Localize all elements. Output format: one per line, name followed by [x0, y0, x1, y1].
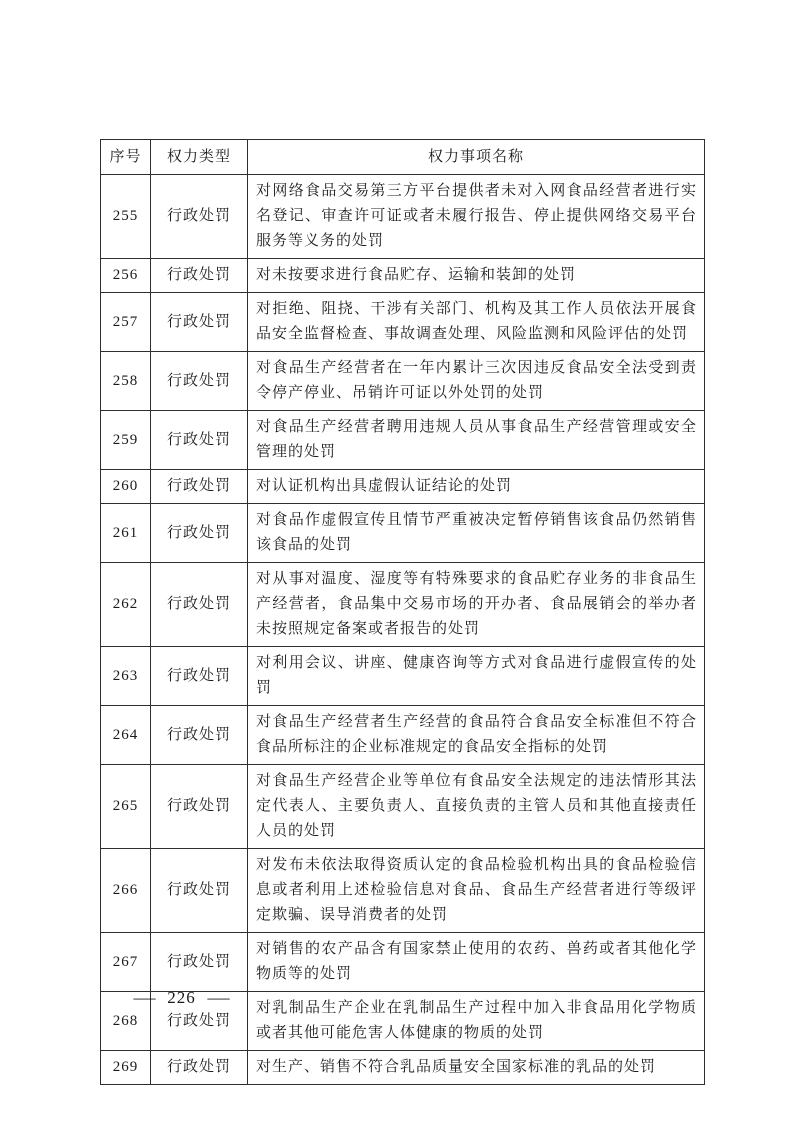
table-row: 260行政处罚对认证机构出具虚假认证结论的处罚: [101, 470, 705, 504]
table-row: 259行政处罚对食品生产经营者聘用违规人员从事食品生产经营管理或安全管理的处罚: [101, 411, 705, 470]
power-type-cell: 行政处罚: [151, 259, 248, 293]
power-type-cell: 行政处罚: [151, 470, 248, 504]
row-serial-number-cell: 259: [101, 411, 151, 470]
table-row: 266行政处罚对发布未依法取得资质认定的食品检验机构出具的食品检验信息或者利用上…: [101, 849, 705, 933]
power-type-cell: 行政处罚: [151, 1051, 248, 1085]
row-serial-number-cell: 257: [101, 293, 151, 352]
power-item-name-cell: 对食品生产经营者聘用违规人员从事食品生产经营管理或安全管理的处罚: [248, 411, 705, 470]
table-body: 255行政处罚对网络食品交易第三方平台提供者未对入网食品经营者进行实名登记、审查…: [101, 175, 705, 1085]
power-type-cell: 行政处罚: [151, 647, 248, 706]
row-serial-number-cell: 255: [101, 175, 151, 259]
table-header-row: 序号 权力类型 权力事项名称: [101, 140, 705, 175]
power-type-cell: 行政处罚: [151, 293, 248, 352]
power-type-cell: 行政处罚: [151, 933, 248, 992]
power-type-cell: 行政处罚: [151, 706, 248, 765]
power-item-name-cell: 对乳制品生产企业在乳制品生产过程中加入非食品用化学物质或者其他可能危害人体健康的…: [248, 992, 705, 1051]
power-item-name-cell: 对食品生产经营者在一年内累计三次因违反食品安全法受到责令停产停业、吊销许可证以外…: [248, 352, 705, 411]
table-row: 255行政处罚对网络食品交易第三方平台提供者未对入网食品经营者进行实名登记、审查…: [101, 175, 705, 259]
power-item-name-cell: 对生产、销售不符合乳品质量安全国家标准的乳品的处罚: [248, 1051, 705, 1085]
power-item-name-cell: 对网络食品交易第三方平台提供者未对入网食品经营者进行实名登记、审查许可证或者未履…: [248, 175, 705, 259]
table-row: 269行政处罚对生产、销售不符合乳品质量安全国家标准的乳品的处罚: [101, 1051, 705, 1085]
table-row: 261行政处罚对食品作虚假宣传且情节严重被决定暂停销售该食品仍然销售该食品的处罚: [101, 504, 705, 563]
table-row: 256行政处罚对未按要求进行食品贮存、运输和装卸的处罚: [101, 259, 705, 293]
table-row: 265行政处罚对食品生产经营企业等单位有食品安全法规定的违法情形其法定代表人、主…: [101, 765, 705, 849]
power-item-name-cell: 对销售的农产品含有国家禁止使用的农药、兽药或者其他化学物质等的处罚: [248, 933, 705, 992]
table-row: 264行政处罚对食品生产经营者生产经营的食品符合食品安全标准但不符合食品所标注的…: [101, 706, 705, 765]
table-row: 267行政处罚对销售的农产品含有国家禁止使用的农药、兽药或者其他化学物质等的处罚: [101, 933, 705, 992]
power-item-name-cell: 对食品作虚假宣传且情节严重被决定暂停销售该食品仍然销售该食品的处罚: [248, 504, 705, 563]
col-header-serial-number: 序号: [101, 140, 151, 175]
power-item-name-cell: 对拒绝、阻挠、干涉有关部门、机构及其工作人员依法开展食品安全监督检查、事故调查处…: [248, 293, 705, 352]
power-item-name-cell: 对从事对温度、湿度等有特殊要求的食品贮存业务的非食品生产经营者，食品集中交易市场…: [248, 563, 705, 647]
col-header-power-item-name: 权力事项名称: [248, 140, 705, 175]
row-serial-number-cell: 262: [101, 563, 151, 647]
power-type-cell: 行政处罚: [151, 765, 248, 849]
row-serial-number-cell: 264: [101, 706, 151, 765]
power-type-cell: 行政处罚: [151, 563, 248, 647]
row-serial-number-cell: 269: [101, 1051, 151, 1085]
page-footer: — 226 —: [126, 988, 237, 1008]
power-type-cell: 行政处罚: [151, 411, 248, 470]
row-serial-number-cell: 266: [101, 849, 151, 933]
footer-dash-left: —: [133, 988, 155, 1008]
row-serial-number-cell: 267: [101, 933, 151, 992]
row-serial-number-cell: 256: [101, 259, 151, 293]
footer-dash-right: —: [207, 988, 229, 1008]
table-row: 257行政处罚对拒绝、阻挠、干涉有关部门、机构及其工作人员依法开展食品安全监督检…: [101, 293, 705, 352]
row-serial-number-cell: 258: [101, 352, 151, 411]
col-header-power-type: 权力类型: [151, 140, 248, 175]
power-type-cell: 行政处罚: [151, 175, 248, 259]
power-item-name-cell: 对利用会议、讲座、健康咨询等方式对食品进行虚假宣传的处罚: [248, 647, 705, 706]
power-items-table-container: 序号 权力类型 权力事项名称 255行政处罚对网络食品交易第三方平台提供者未对入…: [100, 139, 704, 1085]
power-type-cell: 行政处罚: [151, 849, 248, 933]
power-type-cell: 行政处罚: [151, 504, 248, 563]
table-row: 258行政处罚对食品生产经营者在一年内累计三次因违反食品安全法受到责令停产停业、…: [101, 352, 705, 411]
power-type-cell: 行政处罚: [151, 352, 248, 411]
power-item-name-cell: 对认证机构出具虚假认证结论的处罚: [248, 470, 705, 504]
power-item-name-cell: 对发布未依法取得资质认定的食品检验机构出具的食品检验信息或者利用上述检验信息对食…: [248, 849, 705, 933]
row-serial-number-cell: 260: [101, 470, 151, 504]
footer-page-number: 226: [167, 988, 196, 1007]
power-item-name-cell: 对食品生产经营者生产经营的食品符合食品安全标准但不符合食品所标注的企业标准规定的…: [248, 706, 705, 765]
row-serial-number-cell: 263: [101, 647, 151, 706]
power-item-name-cell: 对未按要求进行食品贮存、运输和装卸的处罚: [248, 259, 705, 293]
table-row: 263行政处罚对利用会议、讲座、健康咨询等方式对食品进行虚假宣传的处罚: [101, 647, 705, 706]
power-items-table: 序号 权力类型 权力事项名称 255行政处罚对网络食品交易第三方平台提供者未对入…: [100, 139, 705, 1085]
row-serial-number-cell: 261: [101, 504, 151, 563]
table-row: 262行政处罚对从事对温度、湿度等有特殊要求的食品贮存业务的非食品生产经营者，食…: [101, 563, 705, 647]
row-serial-number-cell: 265: [101, 765, 151, 849]
table-header: 序号 权力类型 权力事项名称: [101, 140, 705, 175]
power-item-name-cell: 对食品生产经营企业等单位有食品安全法规定的违法情形其法定代表人、主要负责人、直接…: [248, 765, 705, 849]
